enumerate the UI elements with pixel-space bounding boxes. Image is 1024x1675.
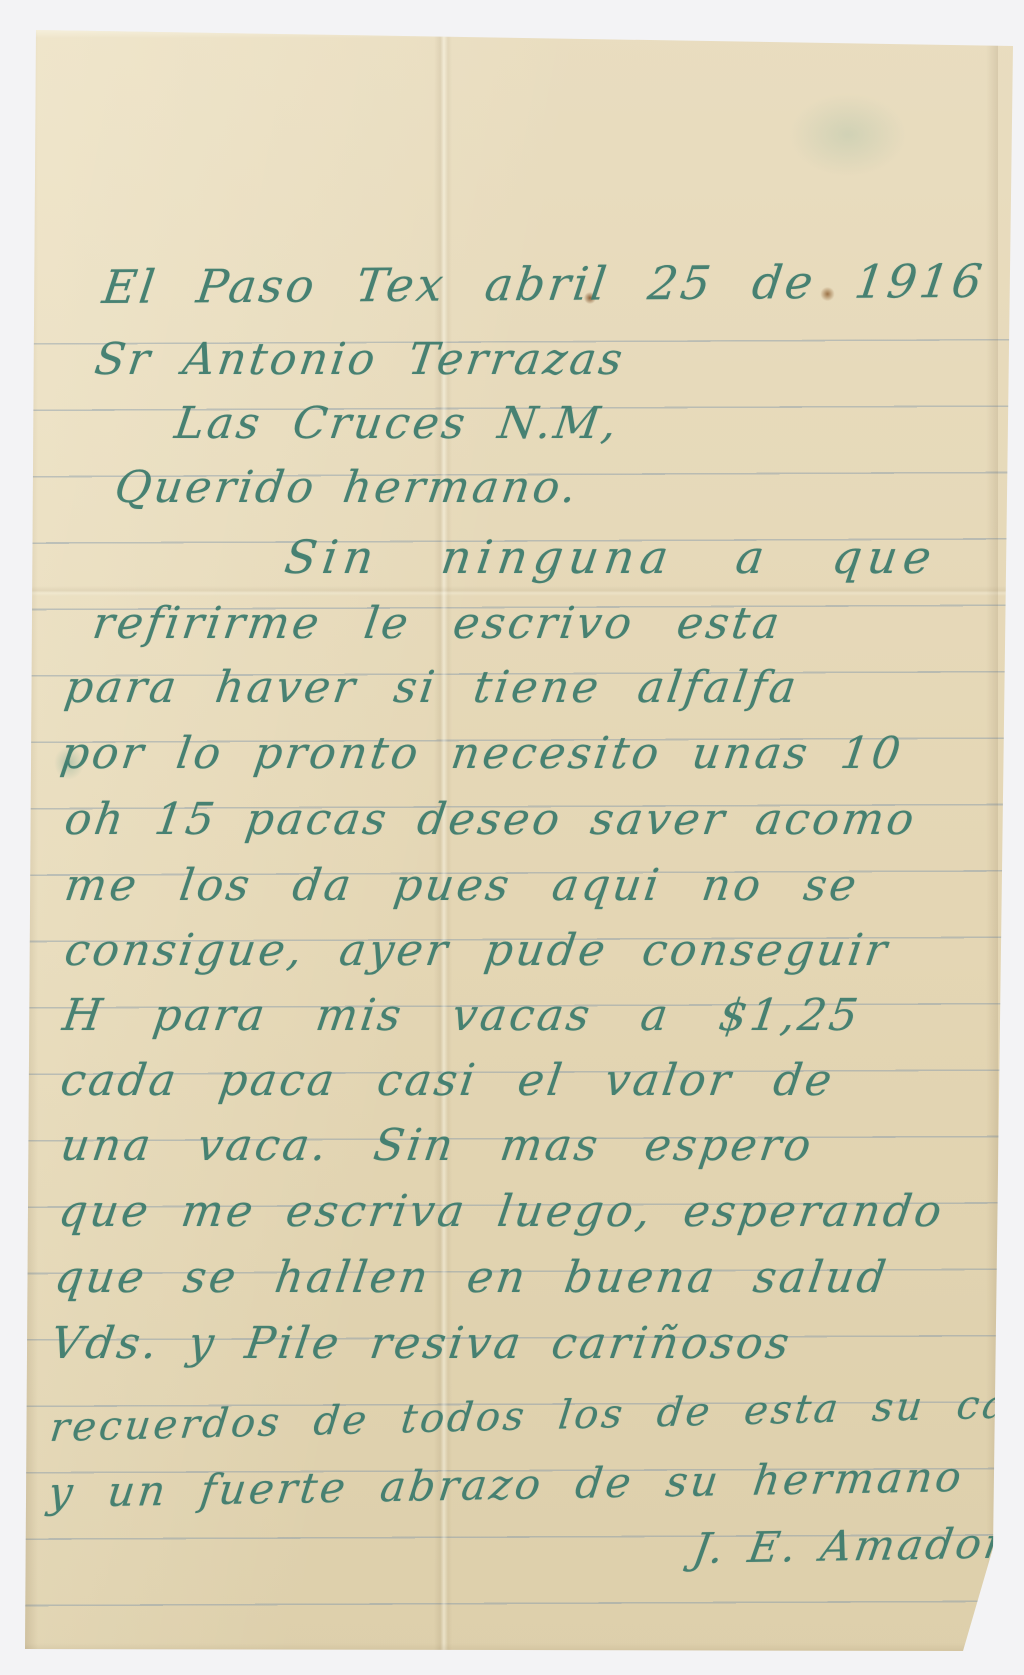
letter-body-line: refirirme le escrivo esta xyxy=(90,602,785,646)
letter-recipient: Sr Antonio Terrazas xyxy=(92,338,628,382)
letter-body-line: cada paca casi el valor de xyxy=(58,1059,837,1103)
paper-edge-shadow xyxy=(0,1643,1024,1657)
paper-edge-shadow xyxy=(22,0,38,1675)
letter-body-line: para haver si tiene alfalfa xyxy=(62,666,802,710)
letter-body-line: por lo pronto necesito unas 10 xyxy=(58,732,906,776)
letter-body-line: Vds. y Pile resiva cariñosos xyxy=(48,1322,795,1366)
letter-body-line: Sin ninguna a que xyxy=(282,534,940,580)
letter-body-line: una vaca. Sin mas espero xyxy=(58,1124,816,1168)
letter-recipient-location: Las Cruces N.M, xyxy=(172,402,622,446)
letter-body-line: consigue, ayer pude conseguir xyxy=(62,929,892,973)
letter-signature: J. E. Amador xyxy=(690,1523,1011,1570)
letter-body-line: que se hallen en buena salud xyxy=(52,1256,891,1300)
ink-smudge xyxy=(788,92,908,177)
letter-salutation: Querido hermano. xyxy=(112,466,582,510)
paper-edge-highlight xyxy=(0,28,1024,38)
letter-body-line: H para mis vacas a $1,25 xyxy=(60,994,863,1038)
letter-dateline: El Paso Tex abril 25 de 1916 xyxy=(100,258,987,310)
horizontal-fold-crease xyxy=(0,586,1024,596)
letter-body-line: oh 15 pacas deseo saver acomo xyxy=(62,798,919,842)
letter-paper: El Paso Tex abril 25 de 1916 Sr Antonio … xyxy=(0,0,1024,1675)
letter-body-line: me los da pues aqui no se xyxy=(62,864,862,908)
scanned-letter-page: El Paso Tex abril 25 de 1916 Sr Antonio … xyxy=(0,0,1024,1675)
letter-body-line: que me escriva luego, esperando xyxy=(56,1190,947,1234)
